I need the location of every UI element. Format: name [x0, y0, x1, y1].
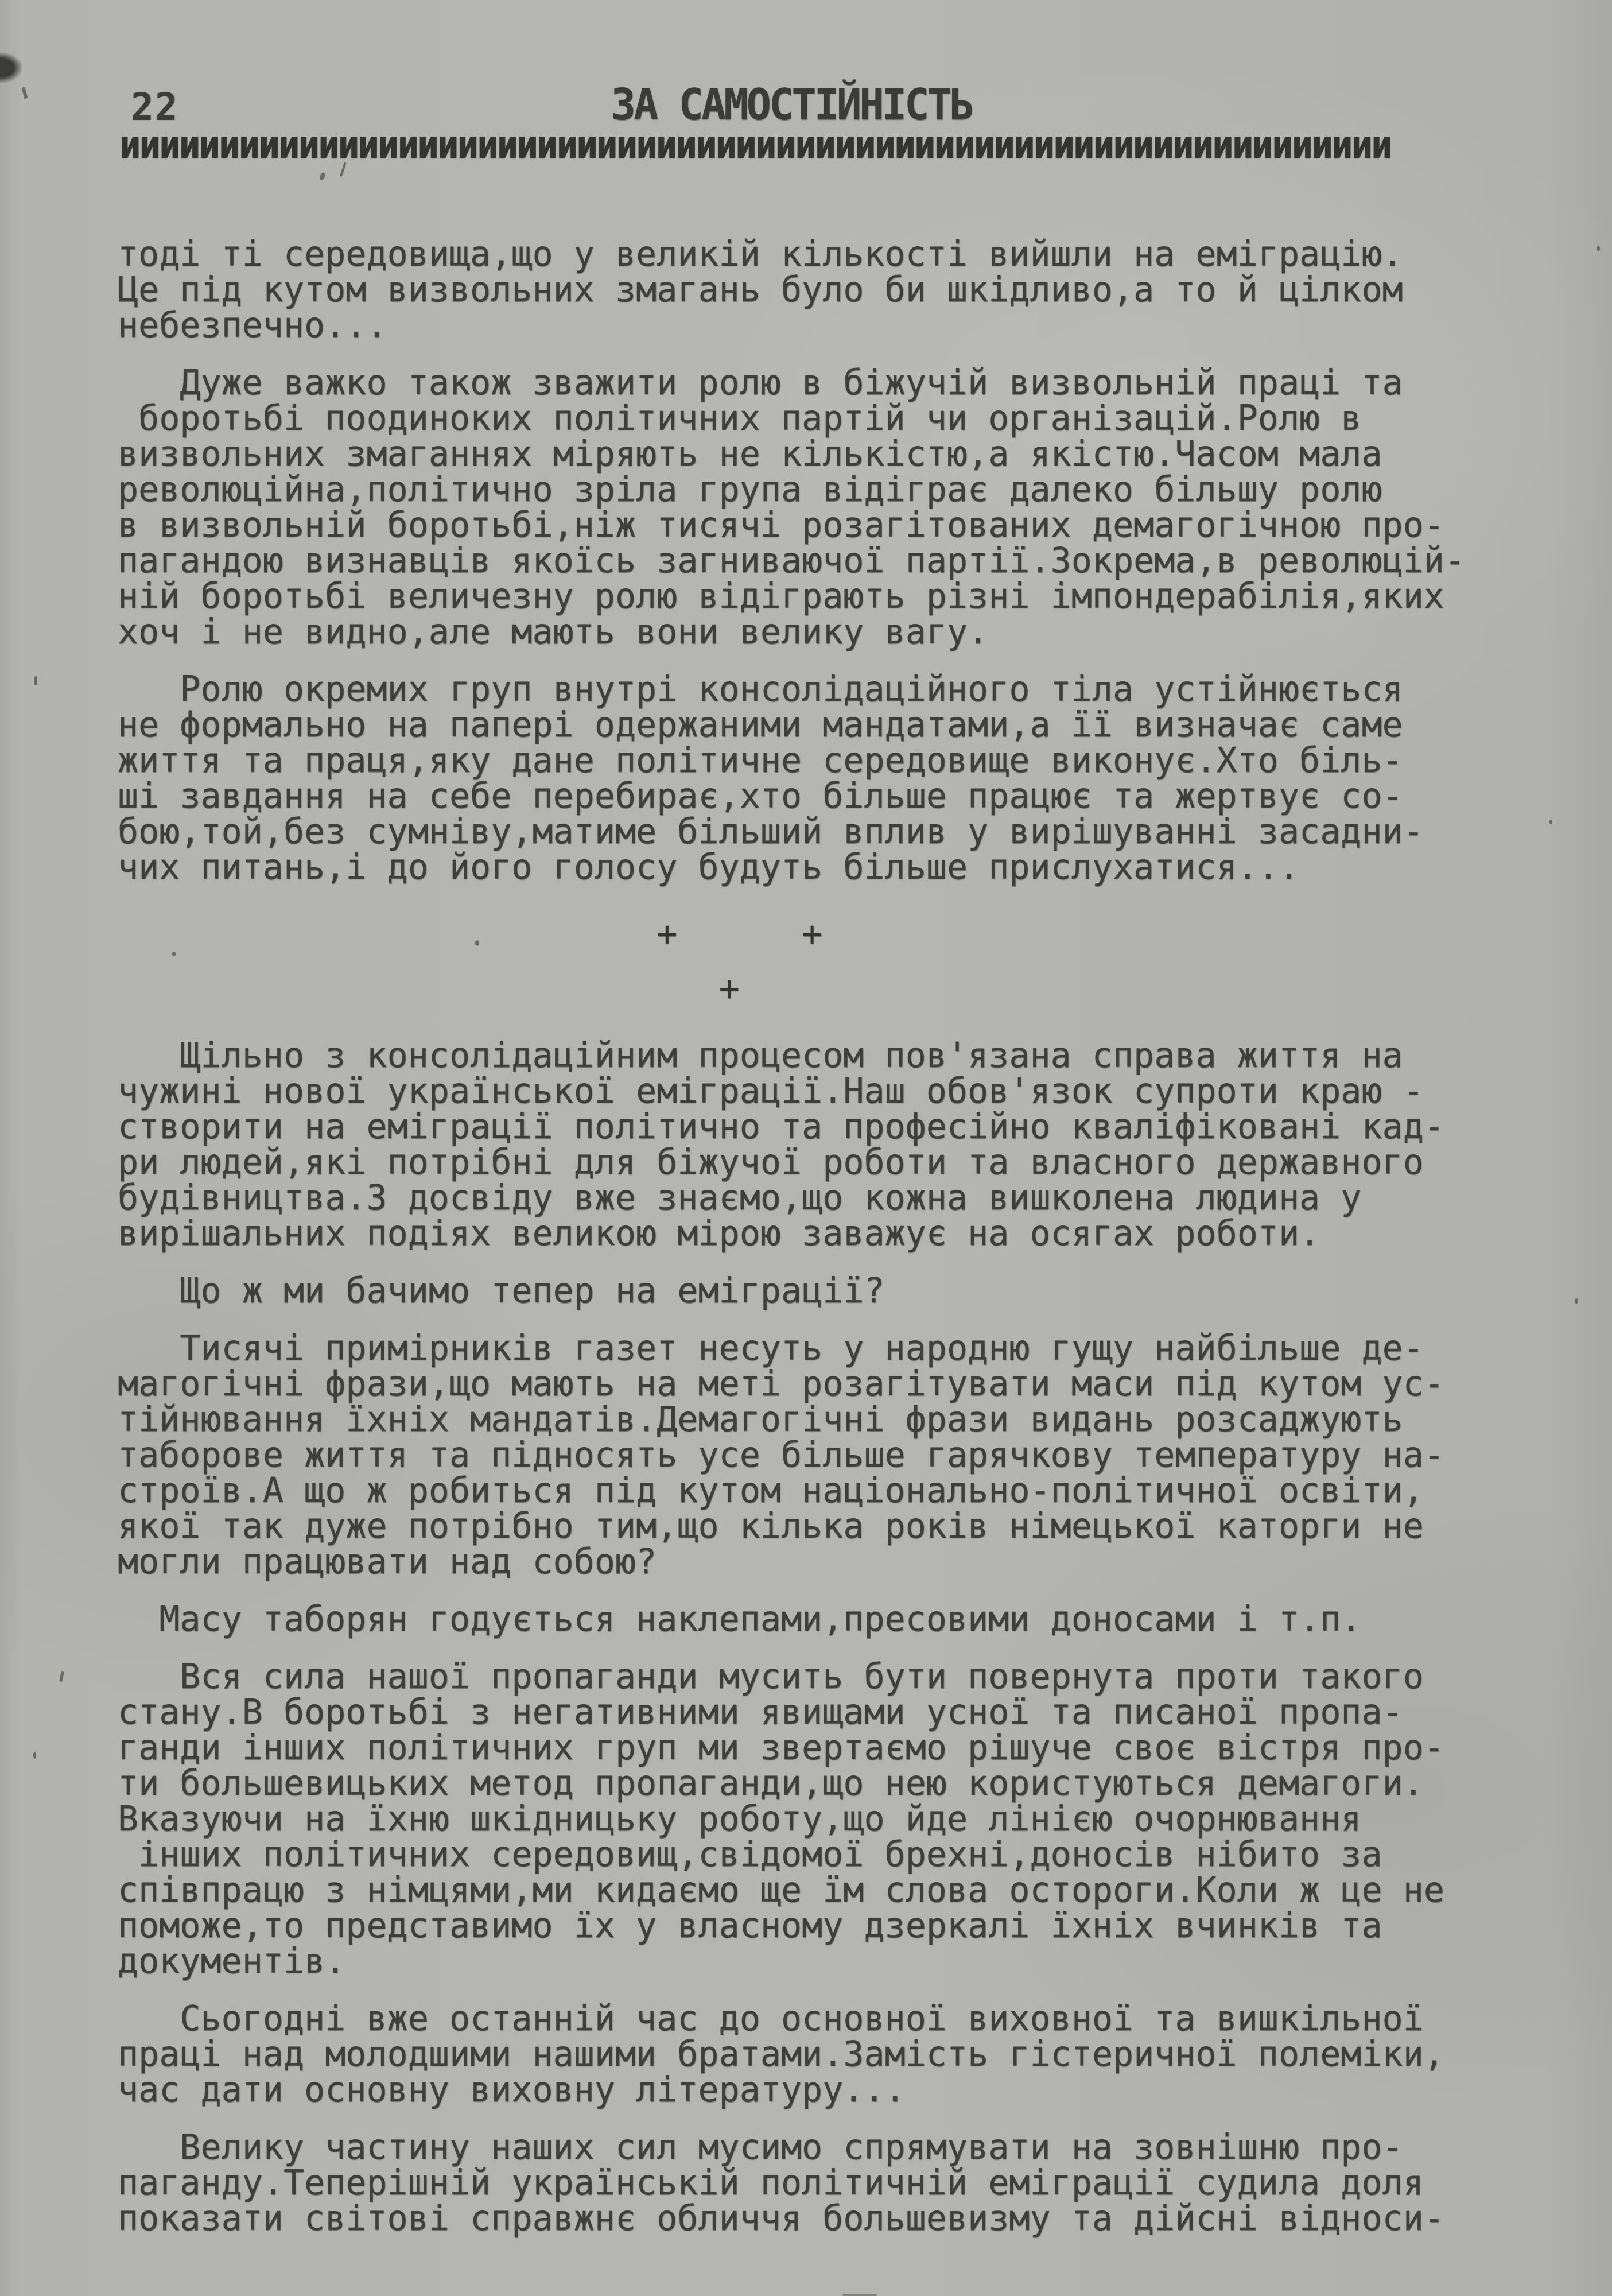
document-body: тоді ті середовища,що у великій кількост…: [118, 236, 1506, 2258]
text-line: інших політичних середовищ,свідомої брех…: [118, 1836, 1506, 1872]
text-line: співпрацю з німцями,ми кидаємо ще їм сло…: [118, 1872, 1506, 1908]
text-line: Ролю окремих груп внутрі консолідаційног…: [118, 671, 1506, 707]
text-line: ри людей,які потрібні для біжучої роботи…: [118, 1144, 1506, 1180]
scan-speck: [842, 2294, 877, 2296]
text-line: Це під кутом визвольних змагань було би …: [118, 272, 1506, 308]
text-line: революційна,політично зріла група відігр…: [118, 471, 1506, 507]
text-line: час дати основну виховну літературу...: [118, 2072, 1506, 2108]
text-line: якої так дуже потрібно тим,що кілька рок…: [118, 1508, 1506, 1544]
scan-speck: [1549, 820, 1552, 824]
text-line: ти большевицьких метод пропаганди,що нею…: [118, 1765, 1506, 1801]
text-line: Тисячі примірників газет несуть у народн…: [118, 1330, 1506, 1366]
text-line: Вказуючи на їхню шкідницьку роботу,що йд…: [118, 1801, 1506, 1837]
text-line: Масу таборян годується наклепами,пресови…: [118, 1601, 1506, 1637]
text-line: строїв.А що ж робиться під кутом націона…: [118, 1472, 1506, 1508]
text-line: чужині нової української еміграції.Наш о…: [118, 1073, 1506, 1109]
separator-line: + +: [118, 906, 1506, 962]
paragraph: Масу таборян годується наклепами,пресови…: [118, 1601, 1506, 1637]
text-line: стану.В боротьбі з негативними явищами у…: [118, 1694, 1506, 1730]
separator-line: +: [118, 961, 1506, 1017]
scan-speck: [172, 952, 176, 956]
text-line: ші завдання на себе перебирає,хто більше…: [118, 778, 1506, 814]
document-page: 22 ЗА САМОСТІЙНІСТЬ ииииииииииииииииииии…: [0, 0, 1612, 2296]
scan-corner-mark: [0, 53, 22, 83]
paragraph: тоді ті середовища,що у великій кількост…: [118, 236, 1506, 343]
text-line: бою,той,без сумніву,матиме більший вплив…: [118, 813, 1506, 850]
scan-speck: [1597, 246, 1600, 251]
text-line: не формально на папері одержаними мандат…: [118, 707, 1506, 743]
text-line: праці над молодшими нашими братами.Заміс…: [118, 2036, 1506, 2072]
text-line: Дуже важко також зважити ролю в біжучій …: [118, 364, 1506, 401]
text-line: тоді ті середовища,що у великій кількост…: [118, 236, 1506, 272]
text-line: паганду.Теперішній українській політичні…: [118, 2165, 1506, 2201]
header-underline: ииииииииииииииииииииииииииииииииииииииии…: [119, 123, 1391, 168]
text-line: тійнювання їхніх мандатів.Демагогічні фр…: [118, 1401, 1506, 1437]
text-line: в визвольній боротьбі,ніж тисячі розагіт…: [118, 507, 1506, 543]
paragraph: Ролю окремих груп внутрі консолідаційног…: [118, 672, 1506, 885]
text-line: боротьбі поодиноких політичних партій чи…: [118, 400, 1506, 436]
scan-speck: [475, 940, 479, 946]
text-line: життя та праця,яку дане політичне середо…: [118, 742, 1506, 778]
text-line: ганди інших політичних груп ми звертаємо…: [118, 1729, 1506, 1766]
text-line: могли працювати над собою?: [118, 1543, 1506, 1580]
text-line: ній боротьбі величезну ролю відіграють р…: [118, 578, 1506, 614]
text-line: Вся сила нашої пропаганди мусить бути по…: [118, 1658, 1506, 1694]
section-separator: + + +: [118, 907, 1506, 1016]
text-line: визвольних змаганнях міряють не кількіст…: [118, 436, 1506, 472]
paragraph: Велику частину наших сил мусимо спрямува…: [118, 2130, 1506, 2236]
text-line: документів.: [118, 1943, 1506, 1979]
paragraph: Вся сила нашої пропаганди мусить бути по…: [118, 1659, 1506, 1979]
text-line: поможе,то представимо їх у власному дзер…: [118, 1907, 1506, 1944]
scan-speck: [34, 676, 37, 685]
text-line: показати світові справжнє обличчя больше…: [118, 2200, 1506, 2236]
text-line: будівництва.З досвіду вже знаємо,що кожн…: [118, 1180, 1506, 1216]
text-line: створити на еміграції політично та профе…: [118, 1108, 1506, 1145]
text-line: Що ж ми бачимо тепер на еміграції?: [118, 1273, 1506, 1309]
text-line: Сьогодні вже останній час до основної ви…: [118, 2000, 1506, 2037]
text-line: хоч і не видно,але мають вони велику ваг…: [118, 614, 1506, 650]
text-line: пагандою визнавців якоїсь загниваючої па…: [118, 542, 1506, 579]
scan-speck: [319, 172, 326, 181]
text-line: чих питань,і до його голосу будуть більш…: [118, 849, 1506, 885]
paragraph: Щільно з консолідаційним процесом пов'яз…: [118, 1038, 1506, 1251]
paragraph: Тисячі примірників газет несуть у народн…: [118, 1331, 1506, 1580]
paragraph: Дуже важко також зважити ролю в біжучій …: [118, 365, 1506, 650]
scan-speck: [33, 1752, 36, 1759]
scan-speck: [1575, 1298, 1578, 1304]
text-line: небезпечно...: [118, 307, 1506, 343]
text-line: Велику частину наших сил мусимо спрямува…: [118, 2129, 1506, 2165]
text-line: Щільно з консолідаційним процесом пов'яз…: [118, 1037, 1506, 1073]
scan-speck: [59, 1671, 64, 1682]
text-line: магогічні фрази,що мають на меті розагіт…: [118, 1366, 1506, 1402]
text-line: вирішальних подіях великою мірою заважує…: [118, 1215, 1506, 1251]
text-line: таборове життя та підносять усе більше г…: [118, 1437, 1506, 1473]
paragraph: Що ж ми бачимо тепер на еміграції?: [118, 1273, 1506, 1309]
paragraph: Сьогодні вже останній час до основної ви…: [118, 2001, 1506, 2108]
